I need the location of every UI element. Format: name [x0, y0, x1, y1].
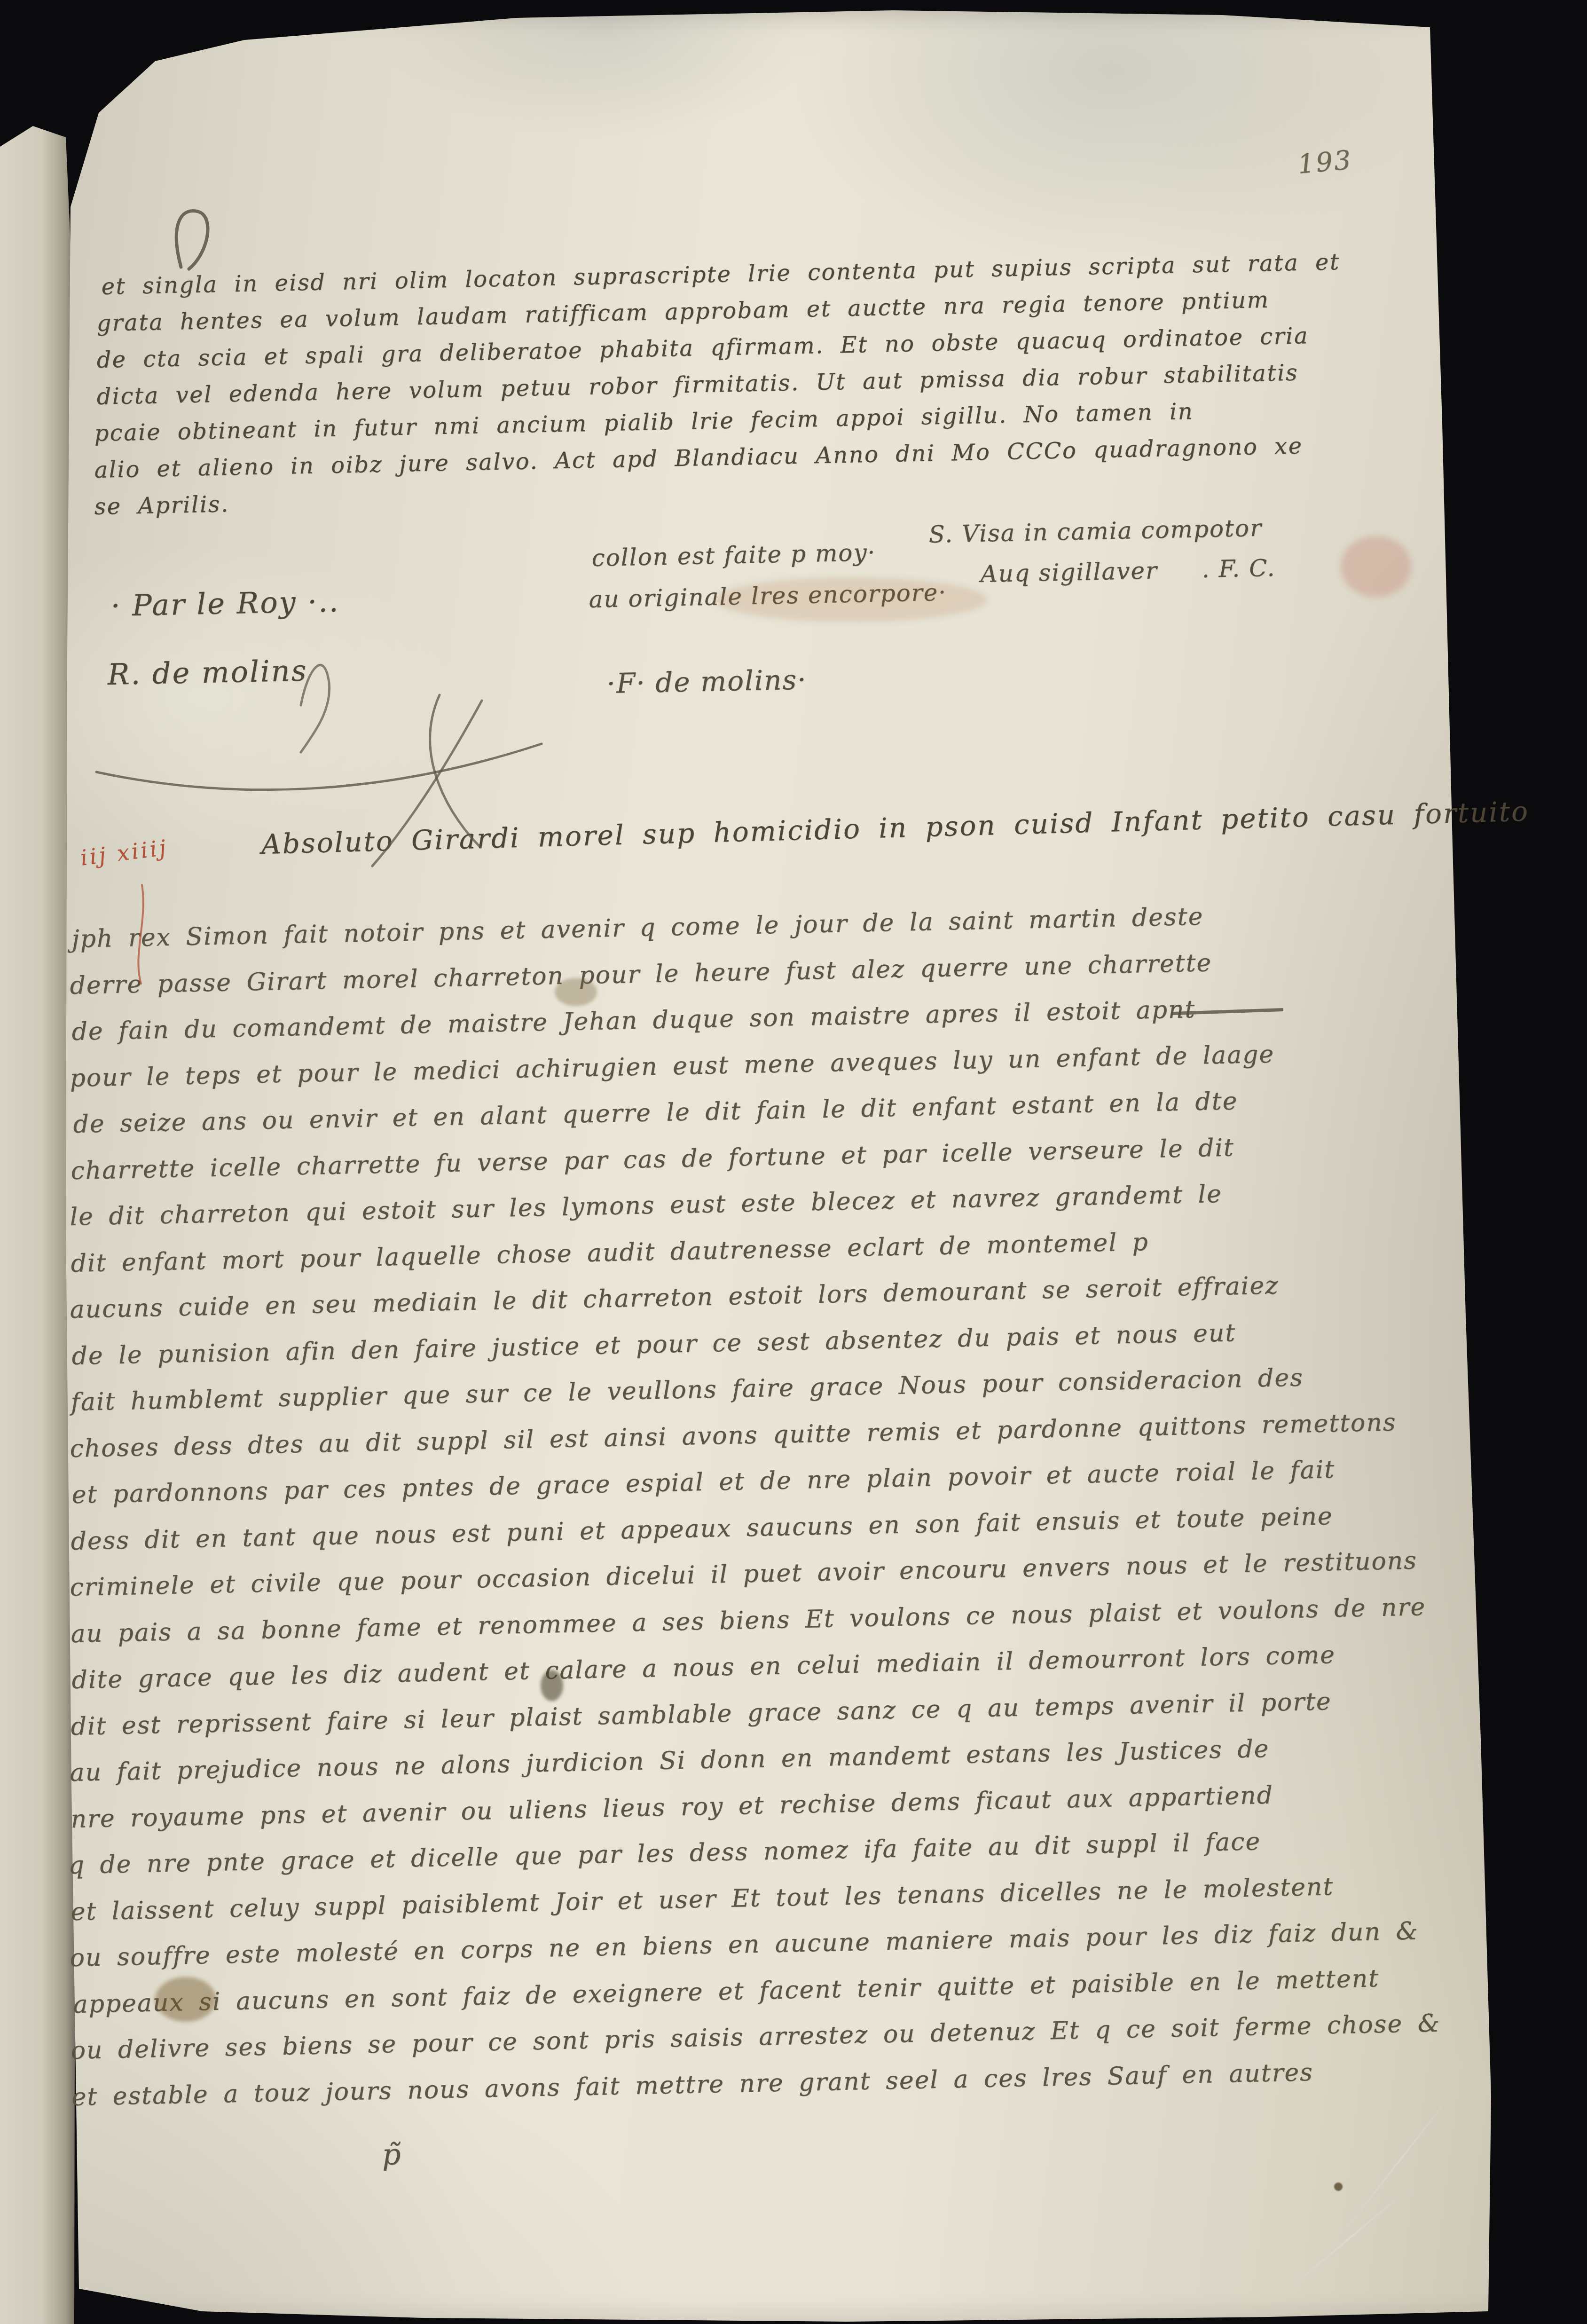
signature-r-de-molins: R. de molins — [107, 653, 308, 692]
folio-number: 193 — [1296, 145, 1353, 180]
visa-initials: . F. C. — [1202, 554, 1276, 583]
previous-folio-edge — [0, 0, 76, 2324]
opening-line: se Aprilis. — [94, 491, 229, 520]
ink-blot — [155, 1977, 216, 2022]
ink-blot — [555, 978, 597, 1006]
visa-sigillaver: Auq sigillaver — [980, 557, 1158, 588]
collation-signature: ·F· de molins· — [606, 663, 807, 700]
catchword-mark: p̃ — [382, 2137, 401, 2172]
signature-par-le-roy: · Par le Roy ·.. — [110, 584, 340, 623]
ink-blot — [1334, 2182, 1343, 2191]
stain — [715, 577, 987, 622]
ink-blot — [541, 1670, 563, 1701]
collation-note-line-1: collon est faite p moy· — [591, 539, 876, 572]
stain — [1341, 536, 1411, 597]
